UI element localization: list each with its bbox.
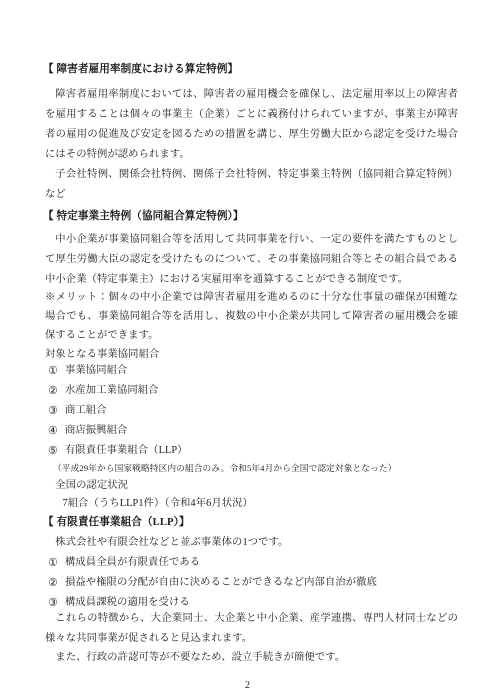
document-page: 【 障害者雇用率制度における算定特例】 障害者雇用率制度においては、障害者の雇用… [0,0,495,700]
circled-number-5: ⑤ [48,441,65,461]
list-item-label: 有限責任事業組合（LLP） [65,441,188,461]
status-value-certified-count: 7組合（うちLLP1件）（令和4年6月状況） [45,494,458,514]
paragraph-llp-procedure: また、行政の許認可等が不要なため、設立手続きが簡便です。 [45,648,458,668]
list-item-label: 構成員全員が有限責任である [65,553,200,573]
list-item: ② 損益や権限の分配が自由に決めることができるなど内部自治が徹底 [45,573,458,593]
circled-number-4: ④ [48,421,65,441]
paragraph-llp-outlook: これらの特徴から、大企業同士、大企業と中小企業、産学連携、専門人材同士などの様々… [45,609,458,648]
llp-features-list: ① 構成員全員が有限責任である ② 損益や権限の分配が自由に決めることができるな… [45,553,458,613]
list-item: ① 構成員全員が有限責任である [45,553,458,573]
status-title-national-certification: 全国の認定状況 [45,476,458,496]
llp-eligibility-note: （平成29年から国家戦略特区内の組合のみ。令和5年4月から全国で認定対象となった… [45,461,458,476]
paragraph-employment-rate-overview: 障害者雇用率制度においては、障害者の雇用機会を確保し、法定雇用率以上の障害者を雇… [45,85,458,165]
list-item: ② 水産加工業協同組合 [45,381,458,401]
section-heading-llp: 【 有限責任事業組合（LLP）】 [43,513,458,533]
document-content: 【 障害者雇用率制度における算定特例】 障害者雇用率制度においては、障害者の雇用… [45,60,458,668]
list-item: ④ 商店振興組合 [45,421,458,441]
list-item: ① 事業協同組合 [45,361,458,381]
list-item-label: 商工組合 [65,401,107,421]
target-cooperatives-list: ① 事業協同組合 ② 水産加工業協同組合 ③ 商工組合 ④ 商店振興組合 ⑤ 有… [45,361,458,461]
list-item-label: 商店振興組合 [65,421,127,441]
paragraph-merit-note: ※メリット：個々の中小企業では障害者雇用を進めるのに十分な仕事量の確保が困難な場… [45,288,458,345]
list-item: ③ 商工組合 [45,401,458,421]
line-special-examples: 子会社特例、関係会社特例、関係子会社特例、特定事業主特例（協同組合算定特例）など [45,165,458,205]
section-heading-employment-rate-special: 【 障害者雇用率制度における算定特例】 [43,60,458,80]
list-item-label: 損益や権限の分配が自由に決めることができるなど内部自治が徹底 [65,573,377,593]
list-item-label: 水産加工業協同組合 [65,381,159,401]
page-number: 2 [0,680,495,691]
paragraph-specified-employer-overview: 中小企業が事業協同組合等を活用して共同事業を行い、一定の要件を満たすものとして厚… [45,230,458,290]
section-heading-specified-employer-special: 【 特定事業主特例（協同組合算定特例）】 [43,207,458,227]
circled-number-2: ② [48,381,65,401]
list-item: ⑤ 有限責任事業組合（LLP） [45,441,458,461]
circled-number-3: ③ [48,401,65,421]
circled-number-1: ① [48,553,65,573]
circled-number-1: ① [48,361,65,381]
circled-number-2: ② [48,573,65,593]
list-item-label: 事業協同組合 [65,361,127,381]
paragraph-llp-intro: 株式会社や有限会社などと並ぶ事業体の1つです。 [45,533,458,553]
